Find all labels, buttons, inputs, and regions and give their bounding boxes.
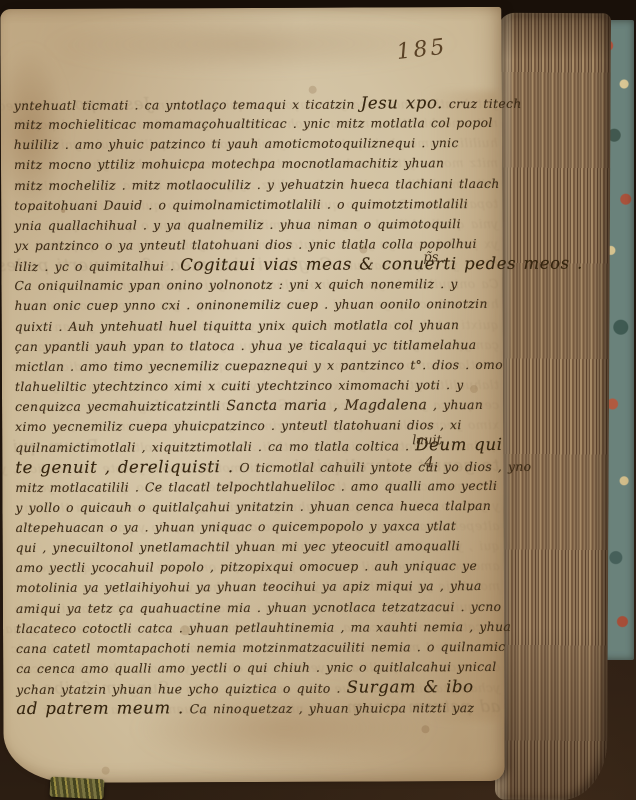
- margin-note-chapter-number: 4.: [424, 453, 438, 471]
- manuscript-line: motolinia ya yetlaihiyohui ya yhuan teoc…: [16, 576, 500, 598]
- manuscript-text-segment: ynia quallachihual . y ya qualnemiliz . …: [14, 217, 461, 233]
- manuscript-line: mitz motlacatilili . Ce tlacatl telpocht…: [15, 476, 499, 498]
- manuscript-text-block: yntehuatl ticmati . ca yntotlaço temaqui…: [14, 93, 501, 719]
- manuscript-line: ca cenca amo qualli amo yectli o qui chi…: [16, 657, 500, 679]
- manuscript-text-segment: amiqui ya tetz ça quahuactine mia . yhua…: [16, 599, 502, 615]
- manuscript-text-segment: topaitohuani Dauid . o quimolnamictimotl…: [14, 197, 468, 213]
- manuscript-line: quixti . Auh yntehuatl huel tiquitta yni…: [15, 314, 499, 336]
- manuscript-text-segment: Cogitaui vias meas & conuerti pedes meos…: [180, 254, 583, 275]
- manuscript-text-segment: tlacateco cotoctli catca . yhuan petlauh…: [16, 620, 511, 636]
- manuscript-text-segment: y yollo o quicauh o quitlalçahui ynitatz…: [15, 499, 491, 515]
- manuscript-text-segment: Ca oniquilnamic ypan onino yolnonotz : y…: [14, 277, 457, 293]
- book-fore-edge-page-stack: [495, 13, 611, 800]
- manuscript-line: topaitohuani Dauid . o quimolnamictimotl…: [14, 194, 498, 216]
- manuscript-text-segment: huililiz . amo yhuic patzinco ti yauh am…: [14, 136, 459, 152]
- manuscript-page: 185 yntehuatl ticmati . ca yntotlaço tem…: [0, 7, 504, 783]
- manuscript-text-segment: O ticmotlal cahuili yntote cui yo dios ,…: [234, 459, 532, 474]
- manuscript-text-segment: te genuit , dereliquisti .: [15, 457, 233, 477]
- manuscript-text-segment: mictlan . amo timo yecnemiliz cuepaznequ…: [15, 358, 503, 374]
- manuscript-text-segment: ychan ytatzin yhuan hue ycho quiztica o …: [16, 682, 346, 697]
- manuscript-line: tlahueliltic ytechtzinco ximi x cuiti yt…: [15, 375, 499, 397]
- manuscript-text-segment: quixti . Auh yntehuatl huel tiquitta yni…: [15, 318, 460, 334]
- manuscript-text-segment: Surgam & ibo: [347, 677, 474, 697]
- manuscript-text-segment: Jesu xpo.: [361, 93, 443, 112]
- manuscript-text-segment: huan onic cuep ynno cxi . oninonemiliz c…: [15, 297, 488, 313]
- manuscript-text-segment: mitz mocno yttiliz mohuicpa motechpa moc…: [14, 157, 444, 173]
- manuscript-line: cenquizca yecmahuizticatzintli Sancta ma…: [15, 395, 499, 417]
- manuscript-text-segment: Ca ninoquetzaz , yhuan yhuicpa nitzti ya…: [184, 701, 475, 716]
- manuscript-text-segment: liliz . yc o quimitalhui .: [14, 259, 180, 274]
- manuscript-text-segment: cruz titech: [443, 97, 522, 111]
- manuscript-text-segment: mitz mochieliticac momamaçohualtiticac .…: [14, 116, 493, 132]
- margin-note-lauit: lauit .: [412, 433, 450, 448]
- bookmark-ribbon: [50, 777, 105, 800]
- manuscript-line: ad patrem meum . Ca ninoquetzaz , yhuan …: [16, 697, 500, 719]
- manuscript-text-segment: Sancta maria , Magdalena: [226, 397, 427, 414]
- manuscript-line: yntehuatl ticmati . ca yntotlaço temaqui…: [14, 93, 498, 115]
- manuscript-text-segment: ad patrem meum .: [16, 699, 184, 719]
- manuscript-line: mictlan . amo timo yecnemiliz cuepaznequ…: [15, 355, 499, 377]
- manuscript-text-segment: amo yectli ycocahuil popolo , pitzopixqu…: [16, 559, 477, 575]
- manuscript-line: qui , ynecuiltonol ynetlamachtil yhuan m…: [16, 536, 500, 558]
- manuscript-text-segment: qui , ynecuiltonol ynetlamachtil yhuan m…: [16, 539, 461, 555]
- manuscript-line: tlacateco cotoctli catca . yhuan petlauh…: [16, 617, 500, 639]
- manuscript-text-segment: çan ypantli yauh ypan to tlatoca . yhua …: [15, 338, 477, 354]
- manuscript-text-segment: mitz mocheliliz . mitz motlaoculiliz . y…: [14, 176, 500, 192]
- manuscript-text-segment: cana catetl momtapachoti nemia motzinmat…: [16, 640, 506, 656]
- manuscript-text-segment: ca cenca amo qualli amo yectli o qui chi…: [16, 660, 496, 676]
- manuscript-line: mitz mocheliliz . mitz motlaoculiliz . y…: [14, 173, 498, 195]
- manuscript-line: amiqui ya tetz ça quahuactine mia . yhua…: [16, 596, 500, 618]
- margin-note-psalm: p̃s .: [423, 250, 446, 265]
- manuscript-line: cana catetl momtapachoti nemia motzinmat…: [16, 637, 500, 659]
- manuscript-line: Ca oniquilnamic ypan onino yolnonotz : y…: [14, 274, 498, 296]
- manuscript-line: altepehuacan o ya . yhuan yniquac o quic…: [16, 516, 500, 538]
- manuscript-line: mitz mochieliticac momamaçohualtiticac .…: [14, 113, 498, 135]
- manuscript-line: ynia quallachihual . y ya qualnemiliz . …: [14, 214, 498, 236]
- manuscript-text-segment: tlahueliltic ytechtzinco ximi x cuiti yt…: [15, 378, 464, 394]
- manuscript-line: y yollo o quicauh o quitlalçahui ynitatz…: [15, 496, 499, 518]
- manuscript-text-segment: ximo yecnemiliz cuepa yhuicpatzinco . yn…: [15, 418, 462, 434]
- manuscript-text-segment: yntehuatl ticmati . ca yntotlaço temaqui…: [14, 98, 361, 114]
- manuscript-text-segment: quilnamictimotlali , xiquitztimotlali . …: [15, 440, 415, 456]
- manuscript-line: mitz mocno yttiliz mohuicpa motechpa moc…: [14, 153, 498, 175]
- manuscript-text-segment: mitz motlacatilili . Ce tlacatl telpocht…: [15, 479, 497, 495]
- manuscript-text-segment: motolinia ya yetlaihiyohui ya yhuan teoc…: [16, 579, 482, 595]
- manuscript-text-segment: altepehuacan o ya . yhuan yniquac o quic…: [16, 519, 457, 535]
- manuscript-text-segment: , yhuan: [427, 398, 483, 412]
- manuscript-line: çan ypantli yauh ypan to tlatoca . yhua …: [15, 335, 499, 357]
- manuscript-photo: 185 yntehuatl ticmati . ca yntotlaço tem…: [0, 0, 636, 800]
- manuscript-line: amo yectli ycocahuil popolo , pitzopixqu…: [16, 556, 500, 578]
- manuscript-line: huan onic cuep ynno cxi . oninonemiliz c…: [15, 294, 499, 316]
- manuscript-text-segment: yx pantzinco o ya ynteutl tlatohuani dio…: [14, 237, 477, 253]
- page-number: 185: [395, 35, 448, 65]
- manuscript-line: huililiz . amo yhuic patzinco ti yauh am…: [14, 133, 498, 155]
- manuscript-line: ychan ytatzin yhuan hue ycho quiztica o …: [16, 677, 500, 699]
- manuscript-text-segment: cenquizca yecmahuizticatzintli: [15, 399, 226, 414]
